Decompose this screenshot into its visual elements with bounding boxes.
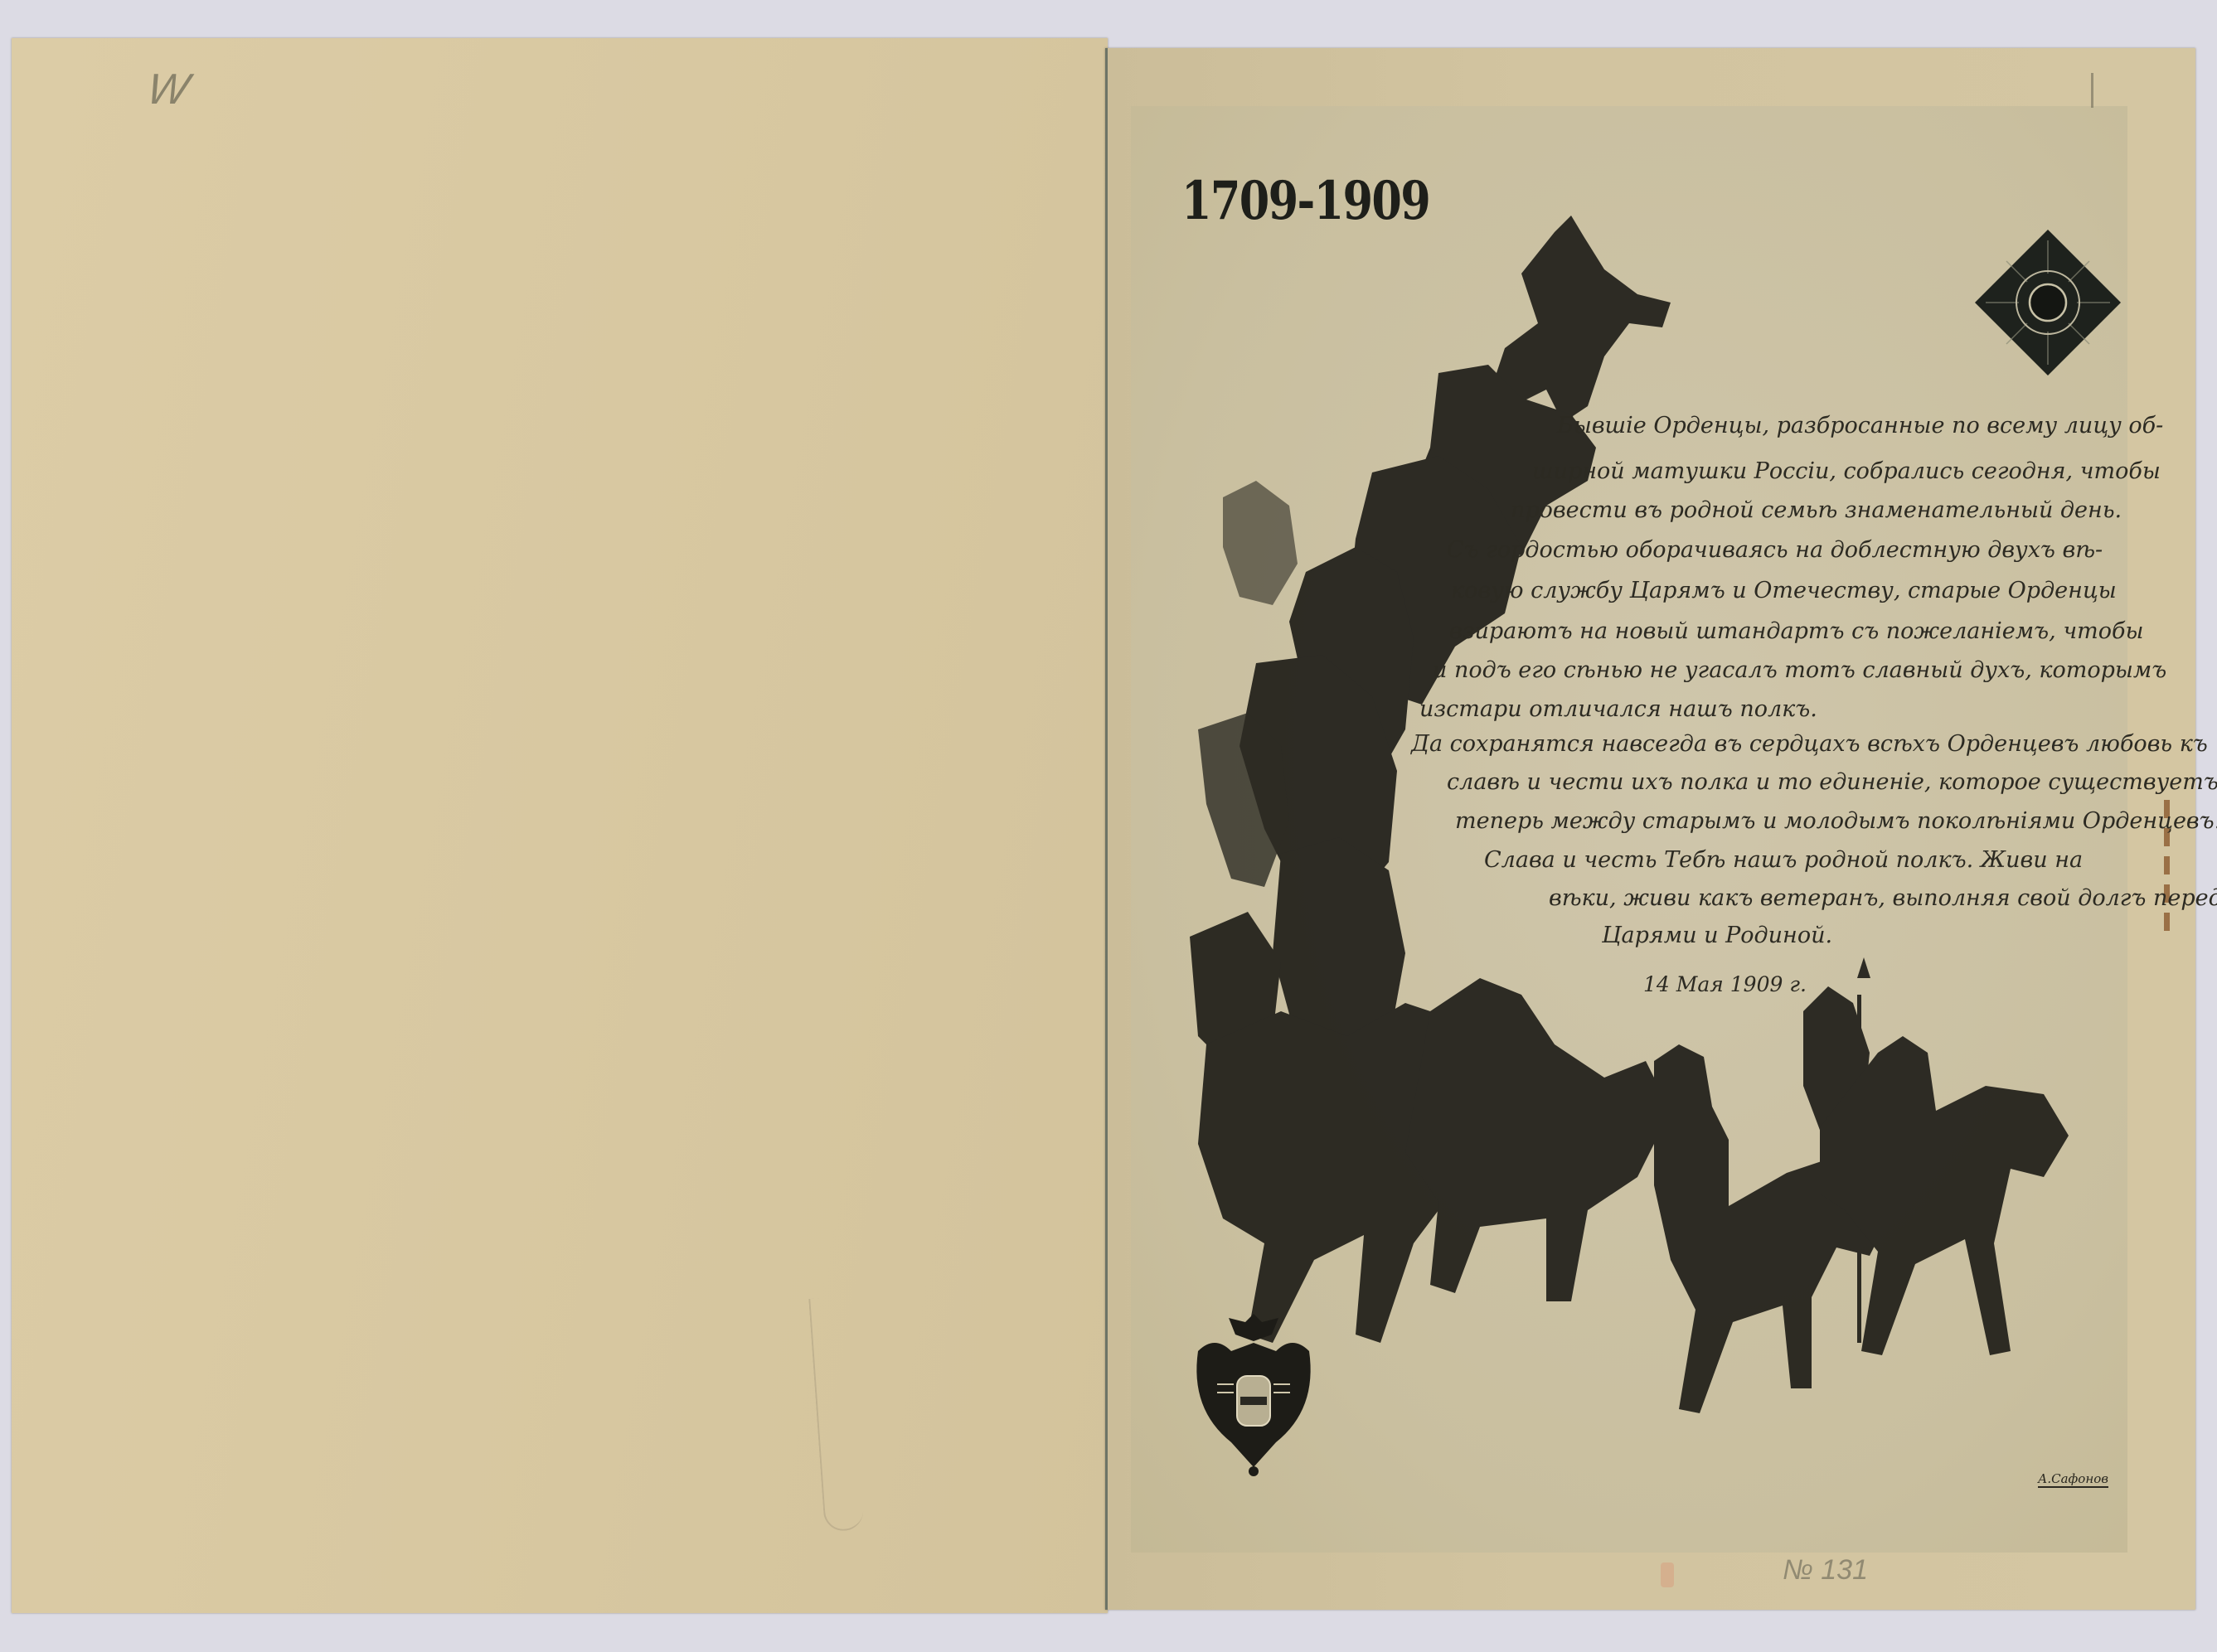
artist-signature: А.Сафонов: [2038, 1471, 2108, 1488]
address-line: Царями и Родиной.: [1602, 923, 1832, 948]
address-line: вѣки, живи какъ ветеранъ, выполняя свой …: [1549, 885, 2217, 911]
regimental-star-badge-icon: [1973, 228, 2122, 377]
address-line: изстари отличался нашъ полкъ.: [1419, 696, 1817, 722]
double-headed-eagle-coat-of-arms-icon: [1177, 1306, 1331, 1480]
address-line: ширной матушки Россіи, собрались сегодня…: [1532, 458, 2161, 484]
pencil-tick-mark: [2091, 73, 2093, 108]
address-line: ковую службу Царямъ и Отечеству, старые …: [1451, 578, 2117, 603]
address-line: взираютъ на новый штандартъ съ пожеланіе…: [1449, 618, 2143, 644]
red-stamp-trace: [1661, 1562, 1674, 1587]
address-line: Съ гордостью оборачиваясь на доблестную …: [1447, 537, 2103, 563]
address-line: Слава и честь Тебѣ нашъ родной полкъ. Жи…: [1484, 847, 2083, 873]
anniversary-title: 1709-1909: [1181, 170, 1429, 232]
address-line: славѣ и чести ихъ полка и то единеніе, к…: [1447, 769, 2217, 795]
address-line: теперь между старымъ и молодымъ поколѣні…: [1455, 808, 2217, 834]
address-line: Да сохранятся навсегда въ сердцахъ всѣхъ…: [1411, 731, 2208, 757]
pencil-inventory-number: № 131: [1783, 1554, 1868, 1587]
address-date: 14 Мая 1909 г.: [1643, 972, 1807, 996]
address-line: Бывшіе Орденцы, разбросанные по всему ли…: [1557, 413, 2163, 438]
left-page-blank: [12, 38, 1108, 1613]
address-line: и подъ его сѣнью не угасалъ тотъ славный…: [1433, 657, 2166, 683]
address-line: провести въ родной семьѣ знаменательный …: [1511, 497, 2122, 523]
cavalry-procession-illustration: [1157, 199, 2135, 1492]
